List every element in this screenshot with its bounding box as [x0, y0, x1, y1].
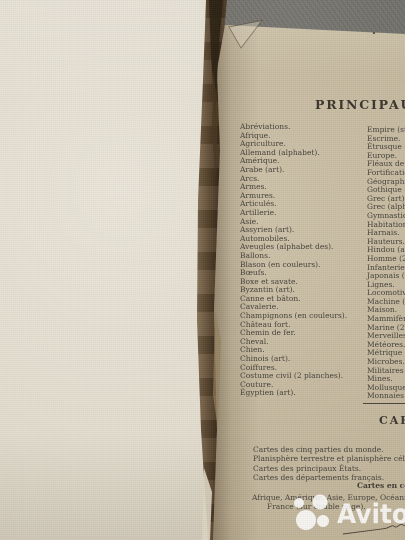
- cartes-list-item: Cartes des principaux États.: [253, 464, 405, 473]
- index-left-column: Abréviations. Afrique. Agriculture. Alle…: [240, 123, 347, 398]
- avito-watermark-label: Avito: [337, 501, 405, 528]
- avito-logo-icon: [290, 494, 334, 534]
- avito-watermark: Avito: [290, 494, 405, 534]
- cartes-list: Cartes des cinq parties du monde. Planis…: [253, 445, 405, 482]
- cartes-list-item: Cartes des cinq parties du monde.: [253, 445, 405, 454]
- index-entry: Égyptien (art).: [240, 389, 347, 398]
- cartes-section-heading: CART: [379, 414, 405, 427]
- section-divider: [363, 403, 405, 404]
- index-entry: Monnaies (4 f: [367, 392, 405, 401]
- cartes-list-item: Planisphère terrestre et planisphère cél…: [253, 454, 405, 463]
- cartes-en-couleurs-label: Cartes en co: [357, 481, 405, 490]
- index-right-column: Empire (sty Escrime. Étrusque (a Europe.…: [367, 126, 405, 401]
- book-photo-scene: PRINCIPAU Abréviations. Afrique. Agricul…: [0, 0, 405, 540]
- page-title: PRINCIPAU: [315, 97, 405, 112]
